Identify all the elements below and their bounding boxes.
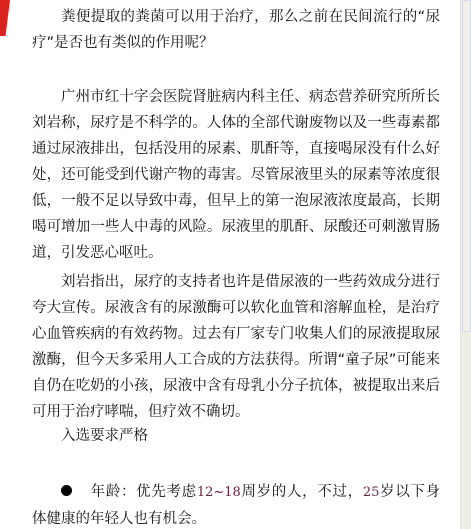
age-label: 年龄：优先考虑 xyxy=(90,484,197,500)
age-limit: 25 xyxy=(363,485,380,500)
scrollbar-thumb[interactable] xyxy=(462,0,471,332)
subheading-selection-requirements: 入选要求严格 xyxy=(32,423,440,449)
paragraph-intro: 粪便提取的粪菌可以用于治疗，那么之前在民间流行的“尿疗”是否也有类似的作用呢？ xyxy=(32,4,440,56)
bullet-age-requirement: 年龄：优先考虑12~18周岁的人，不过，25岁以下身体健康的年轻人也有机会。 xyxy=(32,479,440,529)
bullet-icon xyxy=(61,485,72,496)
vertical-scrollbar[interactable] xyxy=(460,0,471,529)
paragraph-urokinase: 刘岩指出，尿疗的支持者也许是借尿液的一些药效成分进行夸大宣传。尿液含有的尿激酶可… xyxy=(32,269,440,425)
age-mid-text: 周岁的人，不过， xyxy=(241,484,363,500)
red-accent-bar xyxy=(0,0,10,36)
paragraph-liu-yan-statement: 广州市红十字会医院肾脏病内科主任、病态营养研究所所长刘岩称，尿疗是不科学的。人体… xyxy=(32,84,440,266)
age-range: 12~18 xyxy=(197,485,241,500)
